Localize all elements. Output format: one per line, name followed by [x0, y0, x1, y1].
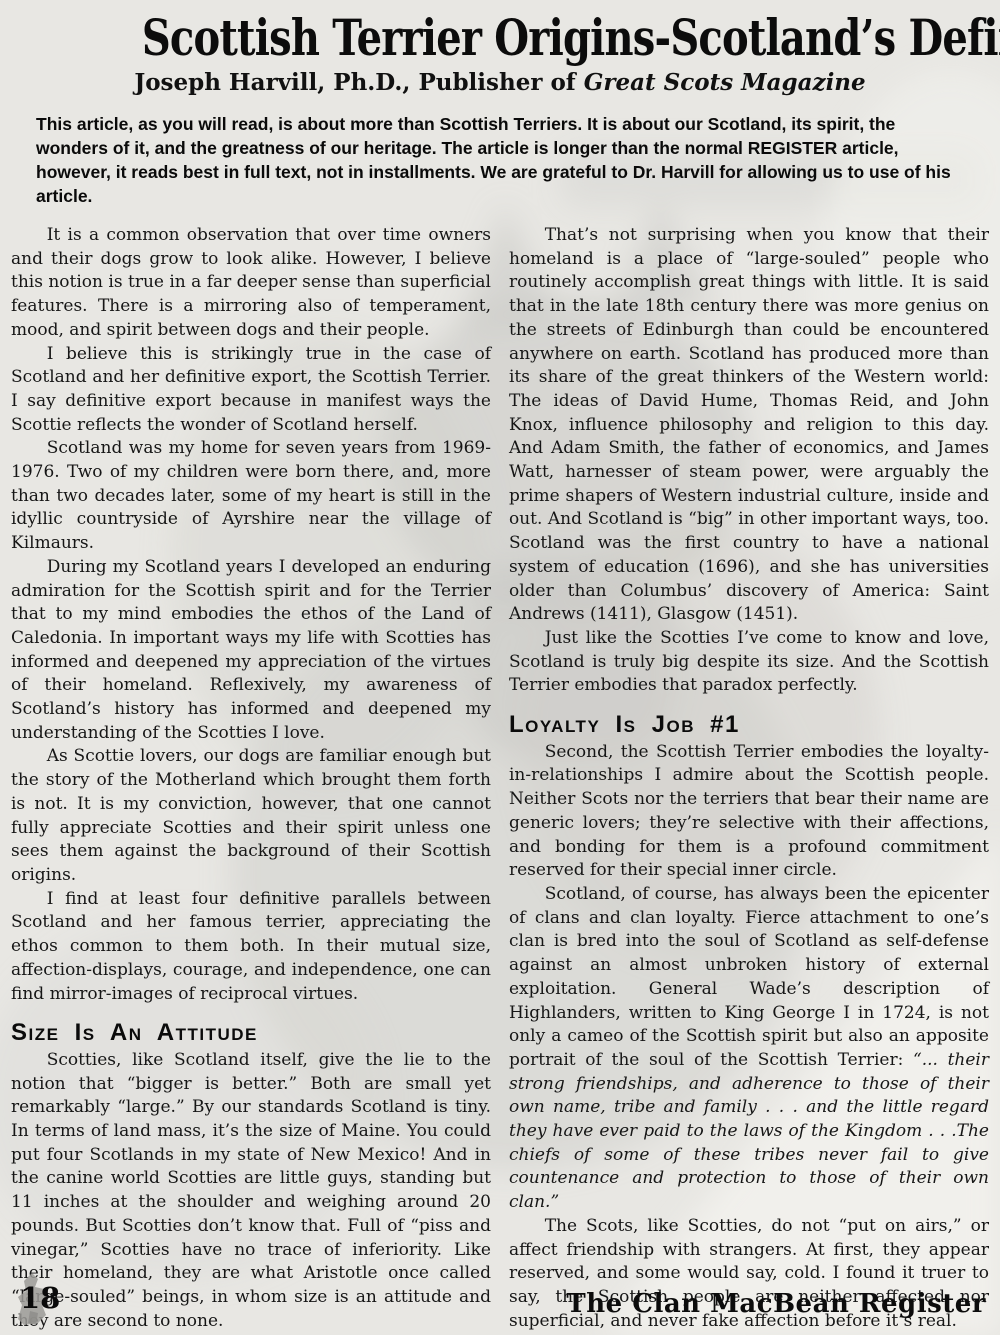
- paragraph: Scotland, of course, has always been the…: [509, 883, 989, 1215]
- paragraph: I believe this is strikingly true in the…: [11, 343, 491, 438]
- paragraph: Just like the Scotties I’ve come to know…: [509, 627, 989, 698]
- paragraph: As Scottie lovers, our dogs are familiar…: [11, 745, 491, 887]
- journal-title: The Clan MacBean Register: [566, 1289, 986, 1319]
- paragraph: That’s not surprising when you know that…: [509, 224, 989, 627]
- paragraph: During my Scotland years I developed an …: [11, 556, 491, 746]
- editor-intro: This article, as you will read, is about…: [36, 112, 964, 208]
- paragraph: I find at least four definitive parallel…: [11, 888, 491, 1007]
- masthead: Scottish Terrier Origins-Scotland’s Defi…: [0, 0, 1000, 96]
- article-title: Scottish Terrier Origins-Scotland’s Defi…: [142, 8, 1000, 67]
- section-heading-loyalty-is-job-1: Loyalty Is Job #1: [509, 713, 989, 737]
- magazine-page: Scottish Terrier Origins-Scotland’s Defi…: [0, 0, 1000, 1335]
- article-byline: Joseph Harvill, Ph.D., Publisher of Grea…: [0, 69, 1000, 96]
- paragraph: Second, the Scottish Terrier embodies th…: [509, 741, 989, 883]
- paragraph: Scotland was my home for seven years fro…: [11, 437, 491, 556]
- article-body: It is a common observation that over tim…: [0, 216, 1000, 1333]
- paragraph: It is a common observation that over tim…: [11, 224, 491, 343]
- paragraph-lead: Scotland, of course, has always been the…: [509, 884, 989, 1070]
- page-footer: 18 The Clan MacBean Register: [0, 1263, 1000, 1333]
- section-heading-size-is-an-attitude: Size Is An Attitude: [11, 1021, 491, 1045]
- byline-author: Joseph Harvill, Ph.D., Publisher of: [134, 69, 583, 96]
- magazine-name: Great Scots Magazine: [584, 69, 866, 96]
- right-column: That’s not surprising when you know that…: [509, 224, 989, 1333]
- page-number: 18: [20, 1281, 60, 1315]
- highlander-quote: “... their strong friendships, and adher…: [509, 1050, 989, 1212]
- left-column: It is a common observation that over tim…: [11, 224, 491, 1333]
- page-number-area: 18: [8, 1267, 78, 1327]
